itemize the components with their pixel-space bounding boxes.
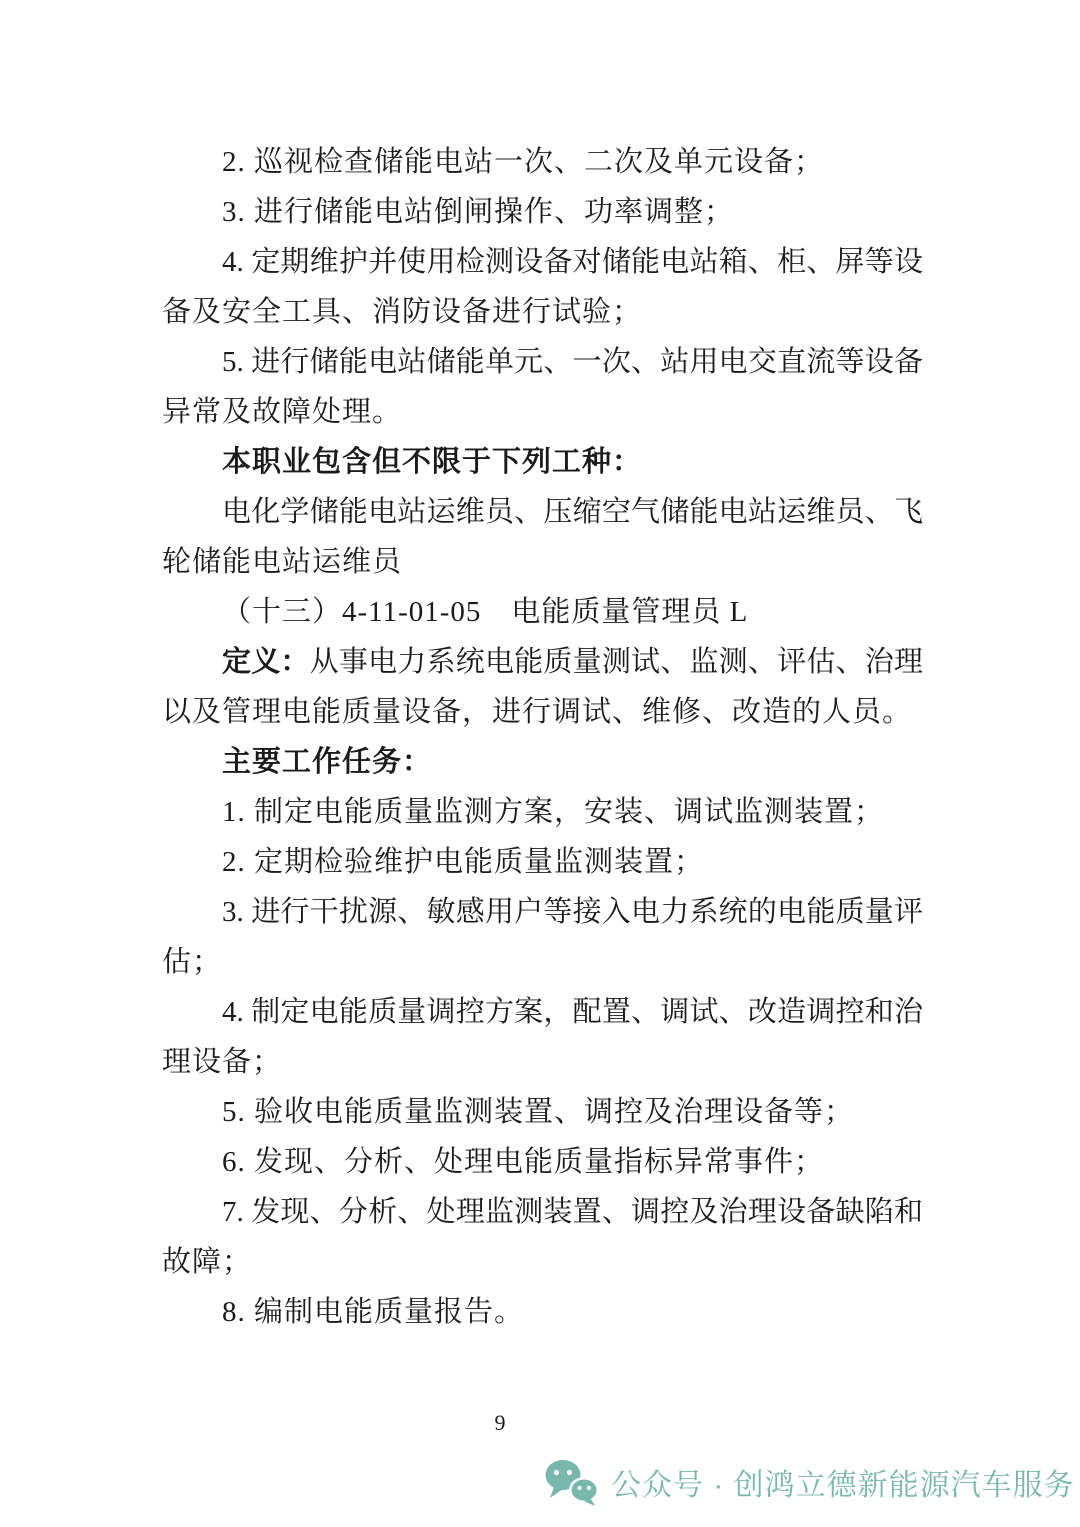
document-body: 2. 巡视检查储能电站一次、二次及单元设备；3. 进行储能电站倒闸操作、功率调整… xyxy=(162,137,923,1337)
text-line: 本职业包含但不限于下列工种： xyxy=(162,437,923,487)
text-line: 1. 制定电能质量监测方案，安装、调试监测装置； xyxy=(162,787,923,837)
regular-text: 故障； xyxy=(162,1246,252,1278)
regular-text: 4. 定期维护并使用检测设备对储能电站箱、柜、屏等设 xyxy=(222,246,923,278)
regular-text: 电化学储能电站运维员、压缩空气储能电站运维员、飞 xyxy=(222,496,923,528)
text-line: 以及管理电能质量设备，进行调试、维修、改造的人员。 xyxy=(162,687,923,737)
bold-text: 主要工作任务： xyxy=(222,746,432,778)
text-line: 3. 进行干扰源、敏感用户等接入电力系统的电能质量评 xyxy=(162,887,923,937)
regular-text: 轮储能电站运维员 xyxy=(162,546,402,578)
wechat-bubbles-icon xyxy=(543,1458,601,1506)
text-line: 故障； xyxy=(162,1237,923,1287)
regular-text: 6. 发现、分析、处理电能质量指标异常事件； xyxy=(222,1146,824,1178)
text-line: 异常及故障处理。 xyxy=(162,387,923,437)
text-line: 理设备； xyxy=(162,1037,923,1087)
text-line: 主要工作任务： xyxy=(162,737,923,787)
text-line: 3. 进行储能电站倒闸操作、功率调整； xyxy=(162,187,923,237)
text-line: 4. 定期维护并使用检测设备对储能电站箱、柜、屏等设 xyxy=(162,237,923,287)
regular-text: 估； xyxy=(162,946,222,978)
document-page: 2. 巡视检查储能电站一次、二次及单元设备；3. 进行储能电站倒闸操作、功率调整… xyxy=(0,0,1080,1527)
regular-text: 2. 巡视检查储能电站一次、二次及单元设备； xyxy=(222,146,824,178)
text-line: 备及安全工具、消防设备进行试验； xyxy=(162,287,923,337)
regular-text: 5. 验收电能质量监测装置、调控及治理设备等； xyxy=(222,1096,854,1128)
regular-text: 3. 进行储能电站倒闸操作、功率调整； xyxy=(222,196,734,228)
page-number: 9 xyxy=(470,1410,530,1436)
regular-text: 1. 制定电能质量监测方案，安装、调试监测装置； xyxy=(222,796,884,828)
text-line: 7. 发现、分析、处理监测装置、调控及治理设备缺陷和 xyxy=(162,1187,923,1237)
bold-text: 本职业包含但不限于下列工种： xyxy=(222,446,642,478)
regular-text: 理设备； xyxy=(162,1046,282,1078)
text-line: 电化学储能电站运维员、压缩空气储能电站运维员、飞 xyxy=(162,487,923,537)
regular-text: 5. 进行储能电站储能单元、一次、站用电交直流等设备 xyxy=(222,346,923,378)
text-line: 5. 进行储能电站储能单元、一次、站用电交直流等设备 xyxy=(162,337,923,387)
text-line: 6. 发现、分析、处理电能质量指标异常事件； xyxy=(162,1137,923,1187)
text-line: 定义：从事电力系统电能质量测试、监测、评估、治理 xyxy=(162,637,923,687)
watermark: 公众号 · 创鸿立德新能源汽车服务 xyxy=(543,1456,1075,1508)
regular-text: 备及安全工具、消防设备进行试验； xyxy=(162,296,642,328)
regular-text: 2. 定期检验维护电能质量监测装置； xyxy=(222,846,704,878)
text-line: 8. 编制电能质量报告。 xyxy=(162,1287,923,1337)
text-line: 2. 定期检验维护电能质量监测装置； xyxy=(162,837,923,887)
text-line: 估； xyxy=(162,937,923,987)
regular-text: 从事电力系统电能质量测试、监测、评估、治理 xyxy=(310,646,923,678)
watermark-text: 公众号 · 创鸿立德新能源汽车服务 xyxy=(611,1460,1075,1504)
regular-text: 7. 发现、分析、处理监测装置、调控及治理设备缺陷和 xyxy=(222,1196,923,1228)
text-line: 2. 巡视检查储能电站一次、二次及单元设备； xyxy=(162,137,923,187)
regular-text: 8. 编制电能质量报告。 xyxy=(222,1296,524,1328)
text-line: （十三）4-11-01-05 电能质量管理员 L xyxy=(162,587,923,637)
regular-text: 3. 进行干扰源、敏感用户等接入电力系统的电能质量评 xyxy=(222,896,923,928)
regular-text: 异常及故障处理。 xyxy=(162,396,402,428)
text-line: 轮储能电站运维员 xyxy=(162,537,923,587)
bold-text: 定义： xyxy=(222,646,310,678)
regular-text: 4. 制定电能质量调控方案，配置、调试、改造调控和治 xyxy=(222,996,923,1028)
text-line: 4. 制定电能质量调控方案，配置、调试、改造调控和治 xyxy=(162,987,923,1037)
regular-text: （十三）4-11-01-05 电能质量管理员 L xyxy=(222,596,748,628)
regular-text: 以及管理电能质量设备，进行调试、维修、改造的人员。 xyxy=(162,696,912,728)
text-line: 5. 验收电能质量监测装置、调控及治理设备等； xyxy=(162,1087,923,1137)
